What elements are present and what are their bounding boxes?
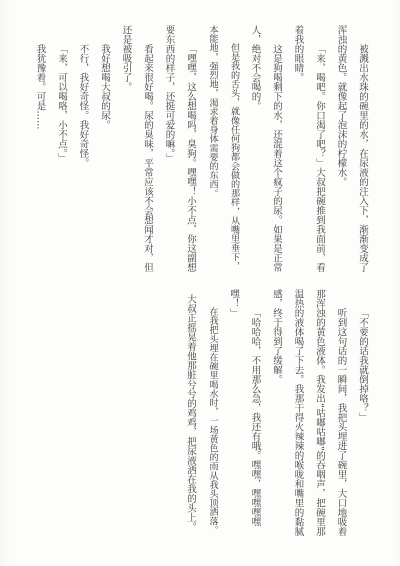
paragraph: 我好想喝大叔的尿。	[94, 25, 116, 273]
paragraph: 「来，可以喝咯，小不点。」	[51, 25, 73, 273]
bottom-text-block: 「不要的话我就倒掉咯？」 听到这句话的一瞬间，我把头埋进了碗里，大口地吸着那浑浊…	[180, 289, 374, 537]
paragraph: 看起来很好喝。尿的臭味，平常应该不会想闻才对，但还是被吸引了。	[115, 25, 158, 273]
paragraph: 听到这句话的一瞬间，我把头埋进了碗里，大口地吸着那浑浊的黄色液体。我发出“咕嘟咕…	[266, 289, 352, 537]
paragraph: 大叔正摇晃着他那脏兮兮的鸡鸡，把尿液洒在我的头上。	[180, 289, 202, 537]
paragraph: 「来，喝吧。你口渴了吧？」大叔把碗推到我面前，看着我的眼睛。	[287, 25, 330, 273]
paragraph: 「嘿嘿，这么想喝吗，臭狗。嘿嘿！小不点，你这副想要东西的样子，还挺可爱的嘛。」	[158, 25, 201, 273]
paragraph: 我犹豫着。可是……	[29, 25, 51, 273]
novel-page: 被溅出水珠的碗里的水，在尿液的注入下，渐渐变成了浑浊的黄色。就像起了泡沫的柠檬水…	[0, 0, 400, 566]
paragraph: 在我把头埋在碗里喝水时，一场黄色的雨从我头顶洒落。	[201, 289, 223, 537]
paragraph: 「不要的话我就倒掉咯？」	[352, 289, 374, 537]
paragraph: 但是我的舌头，就像任何狗都会做的那样，从嘴里垂下，本能地，强烈地，渴求着身体需要…	[201, 25, 244, 273]
paragraph: 这是狗喝剩下的水，还混着这个疯子的尿。如果是正常人，绝对不会喝的。	[244, 25, 287, 273]
paragraph: 「哈哈哈，不用那么急，我还有哦。嘿嘿，嘿嘿嘿嘿嘿！」	[223, 289, 266, 537]
top-text-block: 被溅出水珠的碗里的水，在尿液的注入下，渐渐变成了浑浊的黄色。就像起了泡沫的柠檬水…	[29, 25, 373, 273]
paragraph: 被溅出水珠的碗里的水，在尿液的注入下，渐渐变成了浑浊的黄色。就像起了泡沫的柠檬水…	[330, 25, 373, 273]
paragraph: 不行，我好奇怪。我好奇怪。	[72, 25, 94, 273]
